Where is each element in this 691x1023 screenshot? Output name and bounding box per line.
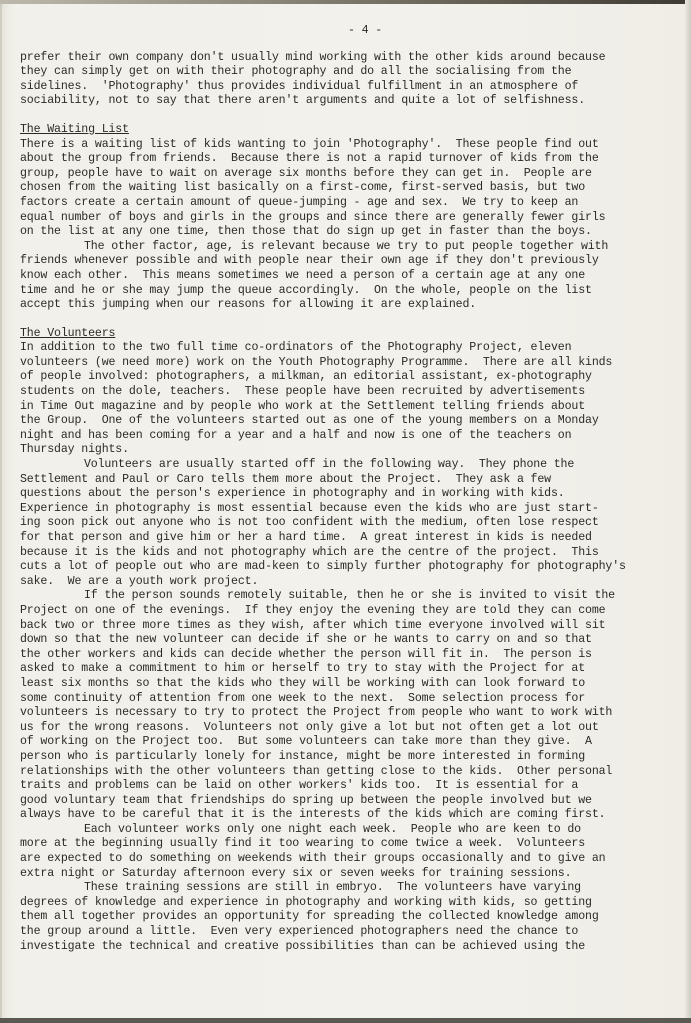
text-line: person who is particularly lonely for in… [20, 750, 680, 765]
text-line: volunteers (we need more) work on the Yo… [20, 356, 680, 371]
paragraph: In addition to the two full time co-ordi… [20, 341, 680, 458]
text-line: down so that the new volunteer can decid… [20, 633, 680, 648]
paragraph: These training sessions are still in emb… [20, 881, 680, 954]
paragraph: Volunteers are usually started off in th… [20, 458, 680, 589]
text-line: Settlement and Paul or Caro tells them m… [20, 473, 680, 488]
text-line: accept this jumping when our reasons for… [20, 298, 680, 313]
text-line: friends whenever possible and with peopl… [20, 254, 680, 269]
text-line: of working on the Project too. But some … [20, 735, 680, 750]
text-line: night and has been coming for a year and… [20, 429, 680, 444]
text-line: good voluntary team that friendships do … [20, 794, 680, 809]
text-line: These training sessions are still in emb… [20, 881, 680, 896]
section-heading: The Volunteers [20, 327, 680, 342]
paragraph: Each volunteer works only one night each… [20, 823, 680, 881]
text-line: sake. We are a youth work project. [20, 575, 680, 590]
text-line: investigate the technical and creative p… [20, 940, 680, 955]
text-line: of people involved: photographers, a mil… [20, 370, 680, 385]
section-heading: The Waiting List [20, 123, 680, 138]
text-line: sociability, not to say that there aren'… [20, 94, 680, 109]
text-line: more at the beginning usually find it to… [20, 837, 680, 852]
text-line: The other factor, age, is relevant becau… [20, 240, 680, 255]
text-line: on the list at any one time, then those … [20, 225, 680, 240]
document-page: - 4 - prefer their own company don't usu… [0, 4, 688, 1019]
text-line: back two or three more times as they wis… [20, 619, 680, 634]
text-line: some continuity of attention from one we… [20, 692, 680, 707]
paragraph: The other factor, age, is relevant becau… [20, 240, 680, 313]
page-number: - 4 - [20, 24, 680, 39]
text-line: them all together provides an opportunit… [20, 910, 680, 925]
text-line: chosen from the waiting list basically o… [20, 181, 680, 196]
paragraph: There is a waiting list of kids wanting … [20, 138, 680, 240]
sections-container: The Waiting ListThere is a waiting list … [20, 123, 680, 954]
text-line: sidelines. 'Photography' thus provides i… [20, 80, 680, 95]
text-line: questions about the person's experience … [20, 487, 680, 502]
text-line: Project on one of the evenings. If they … [20, 604, 680, 619]
text-line: students on the dole, teachers. These pe… [20, 385, 680, 400]
text-line: factors create a certain amount of queue… [20, 196, 680, 211]
text-line: for that person and give him or her a ha… [20, 531, 680, 546]
section: The VolunteersIn addition to the two ful… [20, 327, 680, 955]
text-line: volunteers is necessary to try to protec… [20, 706, 680, 721]
text-line: us for the wrong reasons. Volunteers not… [20, 721, 680, 736]
text-line: Experience in photography is most essent… [20, 502, 680, 517]
text-line: If the person sounds remotely suitable, … [20, 589, 680, 604]
text-line: extra night or Saturday afternoon every … [20, 867, 680, 882]
text-line: time and he or she may jump the queue ac… [20, 284, 680, 299]
text-line: asked to make a commitment to him or her… [20, 662, 680, 677]
text-line: the Group. One of the volunteers started… [20, 414, 680, 429]
text-line: In addition to the two full time co-ordi… [20, 341, 680, 356]
text-line: group, people have to wait on average si… [20, 167, 680, 182]
scan-bottom-edge [0, 1018, 691, 1023]
scan-right-edge [685, 0, 691, 1023]
text-line: prefer their own company don't usually m… [20, 51, 680, 66]
paragraph: If the person sounds remotely suitable, … [20, 589, 680, 823]
intro-paragraph: prefer their own company don't usually m… [20, 51, 680, 109]
text-line: always have to be careful that it is the… [20, 808, 680, 823]
text-line: There is a waiting list of kids wanting … [20, 138, 680, 153]
text-line: know each other. This means sometimes we… [20, 269, 680, 284]
text-line: least six months so that the kids who th… [20, 677, 680, 692]
text-line: because it is the kids and not photograp… [20, 546, 680, 561]
text-line: degrees of knowledge and experience in p… [20, 896, 680, 911]
text-line: Thursday nights. [20, 443, 680, 458]
text-line: they can simply get on with their photog… [20, 65, 680, 80]
text-line: equal number of boys and girls in the gr… [20, 211, 680, 226]
document-body: - 4 - prefer their own company don't usu… [20, 24, 680, 954]
text-line: Each volunteer works only one night each… [20, 823, 680, 838]
text-line: Volunteers are usually started off in th… [20, 458, 680, 473]
text-line: ing soon pick out anyone who is not too … [20, 516, 680, 531]
section: The Waiting ListThere is a waiting list … [20, 123, 680, 313]
text-line: in Time Out magazine and by people who w… [20, 400, 680, 415]
text-line: traits and problems can be laid on other… [20, 779, 680, 794]
text-line: cuts a lot of people out who are mad-kee… [20, 560, 680, 575]
text-line: about the group from friends. Because th… [20, 152, 680, 167]
text-line: relationships with the other volunteers … [20, 765, 680, 780]
text-line: the other workers and kids can decide wh… [20, 648, 680, 663]
text-line: the group around a little. Even very exp… [20, 925, 680, 940]
text-line: are expected to do something on weekends… [20, 852, 680, 867]
